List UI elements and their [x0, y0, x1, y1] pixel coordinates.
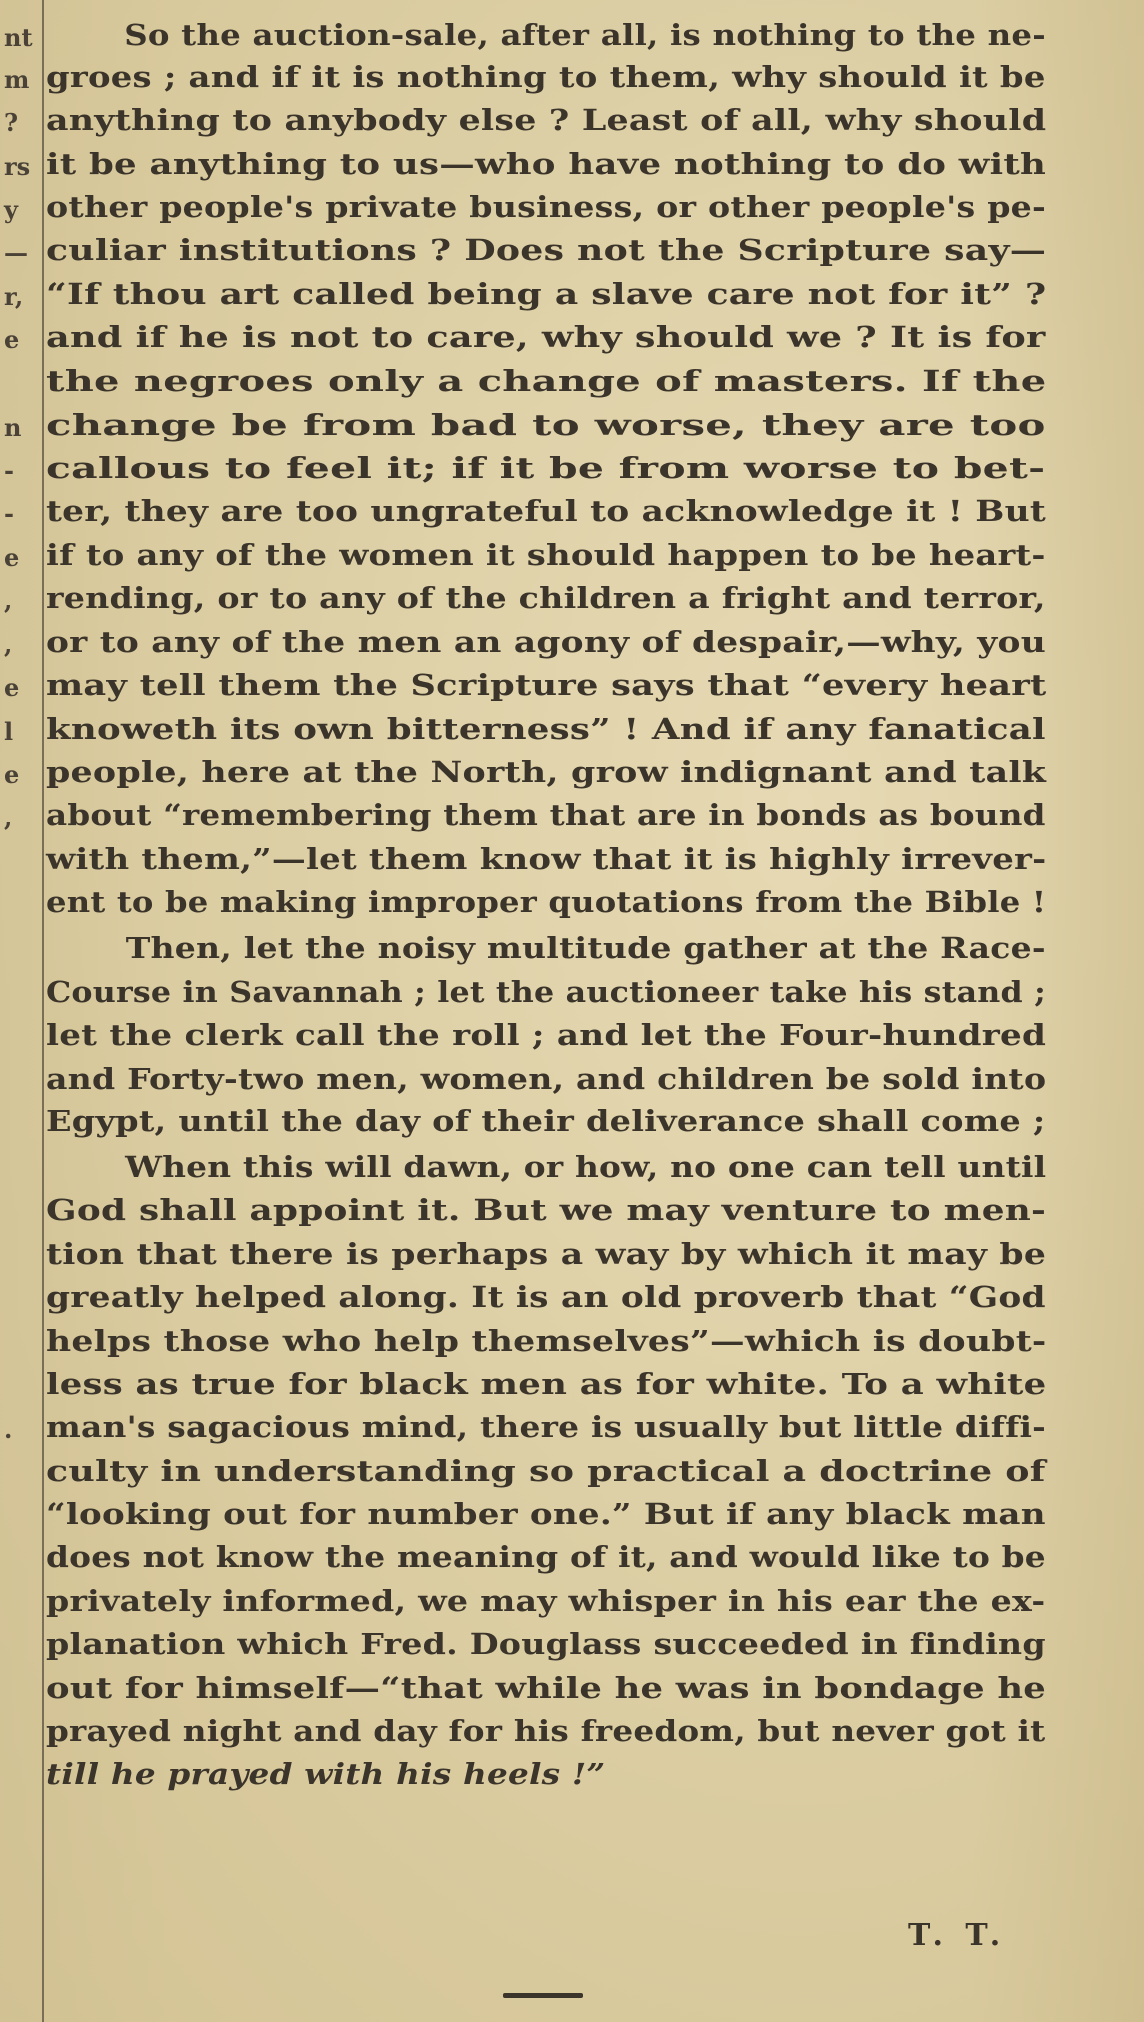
text-line: “looking out for number one.” But if any…: [46, 1497, 1046, 1531]
text-line: When this will dawn, or how, no one can …: [46, 1150, 1046, 1184]
adjacent-column-fragments: ntm?rsy—r,en--e,,ele,.: [0, 0, 40, 2022]
text-line: “If thou art called being a slave care n…: [46, 277, 1046, 311]
text-line: planation which Fred. Douglass succeeded…: [46, 1627, 1046, 1661]
text-line: culiar institutions ? Does not the Scrip…: [46, 233, 1046, 267]
text-line: about “remembering them that are in bond…: [46, 798, 1046, 832]
text-line: So the auction-sale, after all, is nothi…: [46, 18, 1046, 52]
text-line: or to any of the men an agony of despair…: [46, 625, 1046, 659]
text-line: may tell them the Scripture says that “e…: [46, 668, 1047, 702]
column-fragment: l: [4, 720, 13, 744]
column-fragment: .: [4, 1418, 12, 1442]
text-line: callous to feel it; if it be from worse …: [46, 451, 1045, 485]
text-line: tion that there is perhaps a way by whic…: [46, 1237, 1046, 1271]
column-fragment: r,: [4, 285, 23, 309]
column-fragment: y: [4, 198, 18, 222]
column-fragment: ?: [4, 111, 18, 135]
author-signature: T. T.: [908, 1918, 1006, 1953]
text-line: God shall appoint it. But we may venture…: [46, 1193, 1046, 1227]
column-fragment: -: [4, 459, 14, 483]
text-line: helps those who help themselves”—which i…: [46, 1324, 1047, 1358]
text-line: and if he is not to care, why should we …: [46, 320, 1046, 354]
text-line: change be from bad to worse, they are to…: [46, 408, 1046, 442]
column-fragment: e: [4, 676, 19, 700]
column-divider-rule: [42, 0, 44, 2022]
text-line: it be anything to us—who have nothing to…: [46, 147, 1046, 181]
column-fragment: e: [4, 546, 19, 570]
text-line: Then, let the noisy multitude gather at …: [46, 931, 1046, 965]
text-line: less as true for black men as for white.…: [46, 1367, 1046, 1401]
text-line: anything to anybody else ? Least of all,…: [46, 103, 1046, 137]
text-line: people, here at the North, grow indignan…: [46, 755, 1046, 789]
text-line: privately informed, we may whisper in hi…: [46, 1584, 1045, 1618]
column-fragment: e: [4, 328, 19, 352]
text-line: culty in understanding so practical a do…: [46, 1454, 1046, 1488]
text-line: let the clerk call the roll ; and let th…: [46, 1018, 1046, 1052]
text-line: knoweth its own bitterness” ! And if any…: [46, 712, 1046, 746]
column-fragment: ,: [4, 589, 12, 613]
text-line: with them,”—let them know that it is hig…: [46, 842, 1046, 876]
text-line: groes ; and if it is nothing to them, wh…: [46, 60, 1046, 94]
column-fragment: -: [4, 502, 14, 526]
text-line: if to any of the women it should happen …: [46, 538, 1046, 572]
column-fragment: ,: [4, 806, 12, 830]
column-fragment: n: [4, 416, 21, 440]
text-line: Egypt, until the day of their deliveranc…: [46, 1104, 1045, 1138]
text-line: Course in Savannah ; let the auctioneer …: [46, 975, 1046, 1009]
column-fragment: rs: [4, 155, 30, 179]
end-of-article-rule: [503, 1993, 583, 1998]
text-line: the negroes only a change of masters. If…: [46, 364, 1046, 398]
column-fragment: m: [4, 68, 29, 92]
text-line: ent to be making improper quotations fro…: [46, 885, 1046, 919]
text-line: does not know the meaning of it, and wou…: [46, 1540, 1046, 1574]
column-fragment: —: [4, 241, 28, 265]
column-fragment: ,: [4, 633, 12, 657]
text-line: ter, they are too ungrateful to acknowle…: [46, 494, 1046, 528]
text-line: other people's private business, or othe…: [46, 190, 1046, 224]
text-line: out for himself—“that while he was in bo…: [46, 1671, 1046, 1705]
text-line: greatly helped along. It is an old prove…: [46, 1280, 1046, 1314]
text-line: and Forty-two men, women, and children b…: [46, 1062, 1046, 1096]
text-line: prayed night and day for his freedom, bu…: [46, 1714, 1045, 1748]
text-line: rending, or to any of the children a fri…: [46, 581, 1046, 615]
column-fragment: nt: [4, 26, 33, 50]
text-line: man's sagacious mind, there is usually b…: [46, 1410, 1046, 1444]
text-line: till he prayed with his heels !”: [46, 1757, 605, 1791]
column-fragment: e: [4, 763, 19, 787]
